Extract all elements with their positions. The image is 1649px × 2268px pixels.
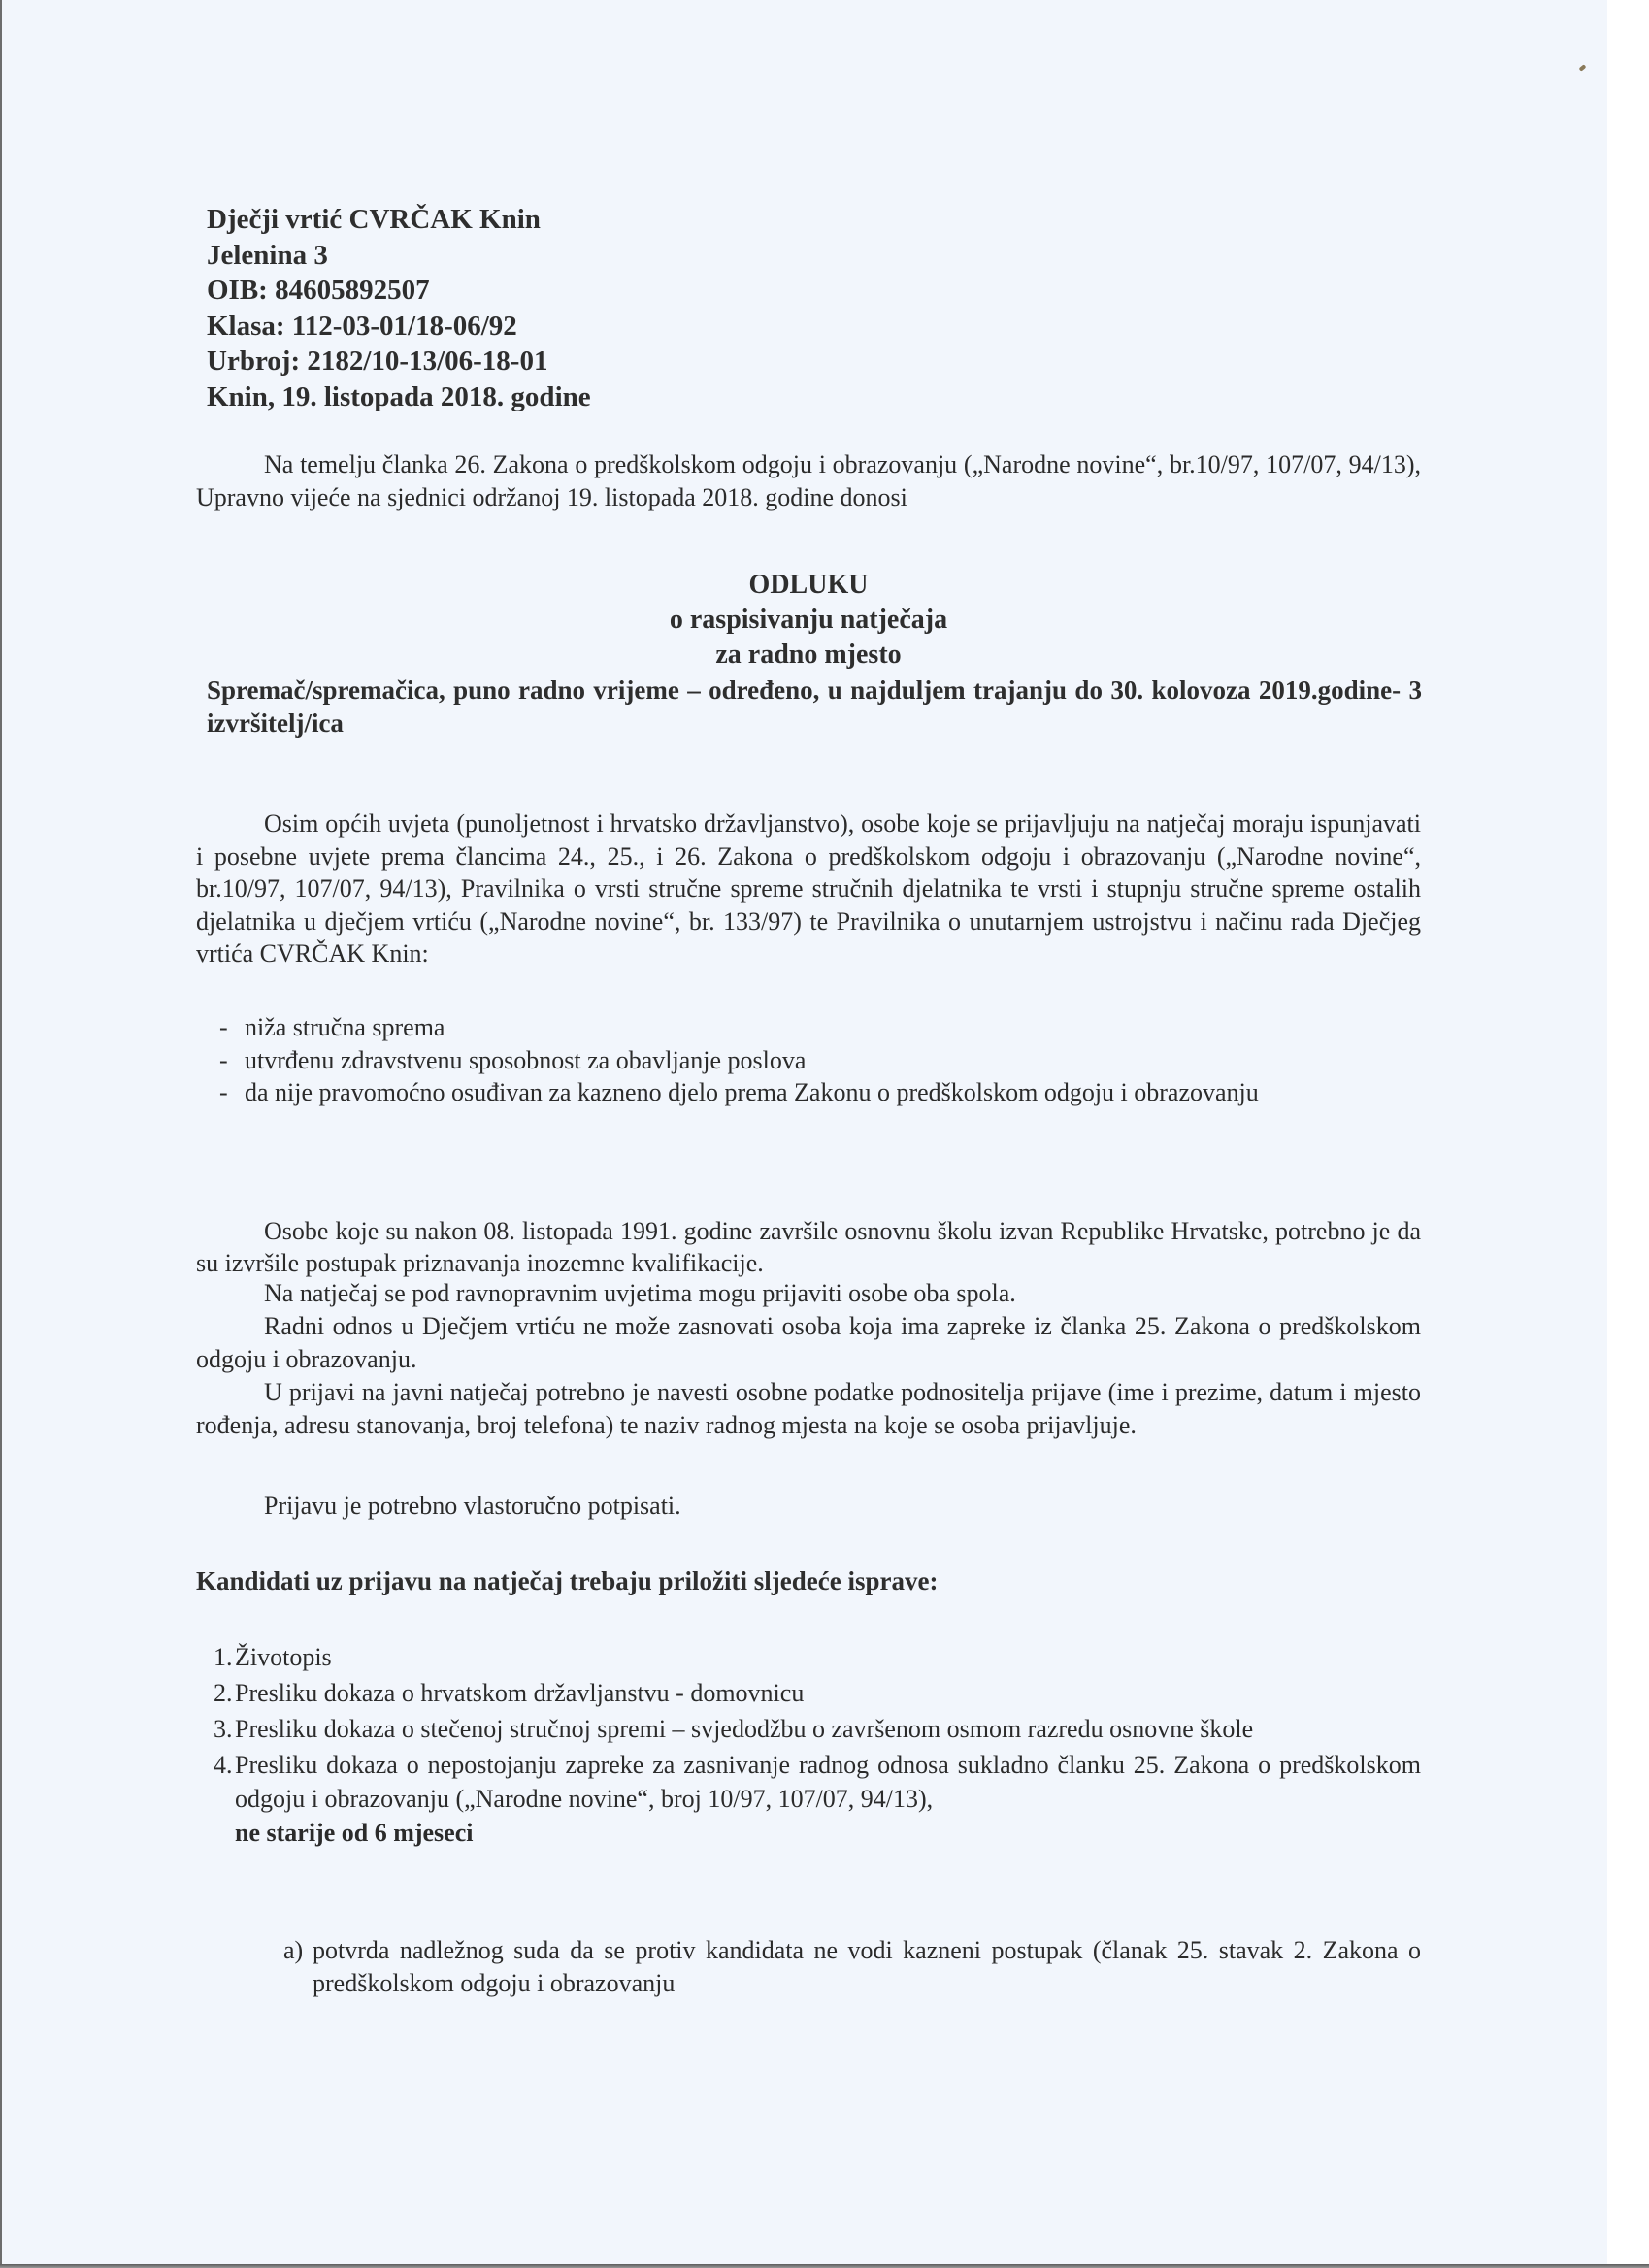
item-number: 3. xyxy=(214,1712,233,1746)
document-validity-note: ne starije od 6 mjeseci xyxy=(235,1819,473,1847)
condition-text: da nije pravomoćno osuđivan za kazneno d… xyxy=(245,1078,1259,1106)
document-text: Presliku dokaza o nepostojanju zapreke z… xyxy=(235,1751,1421,1813)
document-text: Presliku dokaza o stečenoj stručnoj spre… xyxy=(235,1715,1253,1743)
paragraph-equal-opportunity: Na natječaj se pod ravnopravnim uvjetima… xyxy=(196,1277,1421,1310)
title-main: ODLUKU xyxy=(196,568,1421,603)
scan-speck xyxy=(1579,64,1587,72)
job-position: Spremač/spremačica, puno radno vrijeme –… xyxy=(207,674,1422,740)
conditions-intro: Osim općih uvjeta (punoljetnost i hrvats… xyxy=(196,807,1421,970)
list-item: 3. Presliku dokaza o stečenoj stručnoj s… xyxy=(196,1712,1421,1746)
list-item: a) potvrda nadležnog suda da se protiv k… xyxy=(283,1934,1421,2000)
letterhead: Dječji vrtić CVRČAK Knin Jelenina 3 OIB:… xyxy=(207,202,591,414)
list-item: - niža stručna sprema xyxy=(196,1011,1421,1044)
item-number: 1. xyxy=(214,1640,233,1674)
klasa: Klasa: 112-03-01/18-06/92 xyxy=(207,309,591,345)
item-letter: a) xyxy=(283,1934,303,1967)
scanned-page: Dječji vrtić CVRČAK Knin Jelenina 3 OIB:… xyxy=(0,0,1607,2264)
list-item: - da nije pravomoćno osuđivan za kazneno… xyxy=(196,1076,1421,1109)
list-item: 2. Presliku dokaza o hrvatskom državljan… xyxy=(196,1676,1421,1710)
document-text: Presliku dokaza o hrvatskom državljanstv… xyxy=(235,1679,804,1707)
list-item: - utvrđenu zdravstvenu sposobnost za oba… xyxy=(196,1044,1421,1077)
conditions-list: - niža stručna sprema - utvrđenu zdravst… xyxy=(196,1011,1421,1109)
paragraph-application-content: U prijavi na javni natječaj potrebno je … xyxy=(196,1376,1421,1442)
institution-address: Jelenina 3 xyxy=(207,238,591,274)
title-line-3: za radno mjesto xyxy=(196,638,1421,673)
paragraph-signature: Prijavu je potrebno vlastoručno potpisat… xyxy=(196,1490,1421,1523)
dash-bullet: - xyxy=(219,1076,228,1109)
documents-list: 1. Životopis 2. Presliku dokaza o hrvats… xyxy=(196,1640,1421,1852)
oib: OIB: 84605892507 xyxy=(207,273,591,309)
institution-name: Dječji vrtić CVRČAK Knin xyxy=(207,202,591,238)
preamble-paragraph: Na temelju članka 26. Zakona o predškols… xyxy=(196,448,1421,514)
document-text: Životopis xyxy=(235,1643,332,1671)
list-item: 1. Životopis xyxy=(196,1640,1421,1674)
dash-bullet: - xyxy=(219,1011,228,1044)
condition-text: utvrđenu zdravstvenu sposobnost za obavl… xyxy=(245,1046,806,1074)
scanner-edge xyxy=(0,2264,1649,2268)
dash-bullet: - xyxy=(219,1044,228,1077)
documents-heading: Kandidati uz prijavu na natječaj trebaju… xyxy=(196,1564,938,1597)
item-number: 2. xyxy=(214,1676,233,1710)
place-date: Knin, 19. listopada 2018. godine xyxy=(207,379,591,415)
urbroj: Urbroj: 2182/10-13/06-18-01 xyxy=(207,344,591,379)
title-line-2: o raspisivanju natječaja xyxy=(196,603,1421,638)
paragraph-obstacles: Radni odnos u Dječjem vrtiću ne može zas… xyxy=(196,1310,1421,1376)
decision-title: ODLUKU o raspisivanju natječaja za radno… xyxy=(196,568,1421,673)
item-number: 4. xyxy=(214,1748,233,1782)
sub-document-text: potvrda nadležnog suda da se protiv kand… xyxy=(313,1936,1421,1997)
sub-documents-list: a) potvrda nadležnog suda da se protiv k… xyxy=(283,1934,1421,2000)
paragraph-foreign-qualification: Osobe koje su nakon 08. listopada 1991. … xyxy=(196,1215,1421,1279)
list-item: 4. Presliku dokaza o nepostojanju zaprek… xyxy=(196,1748,1421,1850)
condition-text: niža stručna sprema xyxy=(245,1013,445,1041)
